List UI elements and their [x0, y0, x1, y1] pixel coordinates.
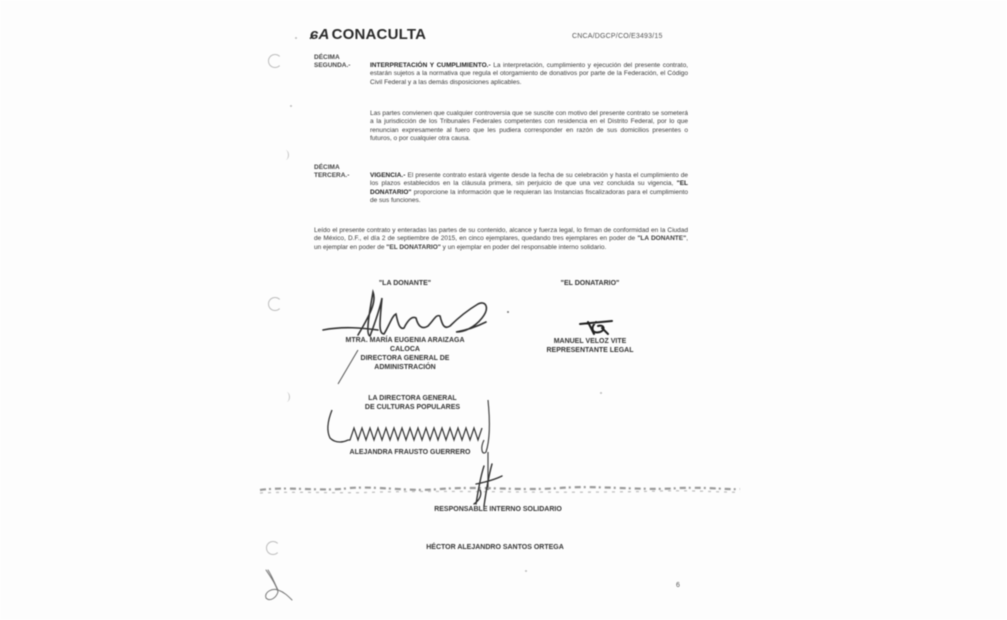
- clause-13-label-line1: DÉCIMA: [314, 164, 349, 172]
- clause-13-title: VIGENCIA.-: [370, 172, 405, 179]
- clause-13-label-line2: TERCERA.-: [314, 172, 349, 180]
- donatario-name: MANUEL VELOZ VITE: [525, 337, 655, 346]
- clause-13-paragraph: VIGENCIA.- El presente contrato estará v…: [370, 172, 688, 205]
- scanned-contract-page: ɕACONACULTA CNCA/DGCP/CO/E3493/15 DÉCIMA…: [0, 0, 1007, 620]
- page-number: 6: [676, 582, 680, 589]
- clause-13-text-before: El presente contrato estará vigente desd…: [370, 172, 688, 187]
- binder-mark: [283, 392, 290, 402]
- responsable-name: HÉCTOR ALEJANDRO SANTOS ORTEGA: [400, 543, 590, 552]
- donatario-title: REPRESENTANTE LEGAL: [525, 346, 655, 355]
- responsable-title: RESPONSABLE INTERNO SOLIDARIO: [408, 505, 588, 514]
- scan-speck: [290, 105, 292, 107]
- binder-hole: [268, 297, 282, 311]
- donante-heading: "LA DONANTE": [350, 280, 460, 287]
- responsable-signature: [470, 464, 510, 509]
- clause-13-label: DÉCIMA TERCERA.-: [314, 164, 349, 180]
- culturas-name: ALEJANDRA FRAUSTO GUERRERO: [330, 448, 490, 457]
- donatario-heading: "EL DONATARIO": [535, 280, 645, 287]
- margin-initials: [262, 568, 298, 604]
- contract-reference-number: CNCA/DGCP/CO/E3493/15: [572, 33, 663, 40]
- clause-12-label-line1: DÉCIMA: [314, 54, 350, 62]
- clause-12-title: INTERPRETACIÓN Y CUMPLIMIENTO.-: [370, 62, 491, 69]
- scan-speck: [295, 37, 297, 39]
- logo-mark: ɕA: [310, 26, 330, 43]
- closing-party-1: "LA DONANTE": [637, 235, 686, 242]
- clause-12-paragraph-1: INTERPRETACIÓN Y CUMPLIMIENTO.- La inter…: [370, 62, 688, 87]
- closing-party-2: "EL DONATARIO": [386, 244, 441, 251]
- donante-title-line2: ADMINISTRACIÓN: [325, 363, 485, 372]
- scan-speck: [600, 392, 602, 394]
- closing-text-after: y un ejemplar en poder del responsable i…: [443, 244, 607, 251]
- donatario-signature: [578, 318, 614, 338]
- donante-title-line1: DIRECTORA GENERAL DE: [325, 354, 485, 363]
- binder-mark: [282, 150, 289, 160]
- donante-name-line1: MTRA. MARÍA EUGENIA ARAIZAGA: [325, 336, 485, 345]
- donatario-signatory-block: MANUEL VELOZ VITE REPRESENTANTE LEGAL: [525, 337, 655, 355]
- binder-hole: [266, 541, 280, 555]
- logo-text: CONACULTA: [332, 26, 427, 43]
- clause-12-label: DÉCIMA SEGUNDA.-: [314, 54, 350, 70]
- closing-paragraph: Leído el presente contrato y enteradas l…: [314, 227, 688, 252]
- ink-dot: [507, 311, 509, 313]
- clause-13-text-after: proporcione la información que le requie…: [370, 189, 688, 204]
- donante-signatory-block: MTRA. MARÍA EUGENIA ARAIZAGA CALOCA DIRE…: [325, 336, 485, 372]
- clause-12-paragraph-2: Las partes convienen que cualquier contr…: [370, 110, 688, 143]
- binder-hole: [268, 54, 282, 68]
- scan-speck: [525, 570, 527, 572]
- clause-12-label-line2: SEGUNDA.-: [314, 62, 350, 70]
- conaculta-logo: ɕACONACULTA: [310, 26, 426, 43]
- donante-name-line2: CALOCA: [325, 345, 485, 354]
- closing-text-before: Leído el presente contrato y enteradas l…: [314, 227, 688, 242]
